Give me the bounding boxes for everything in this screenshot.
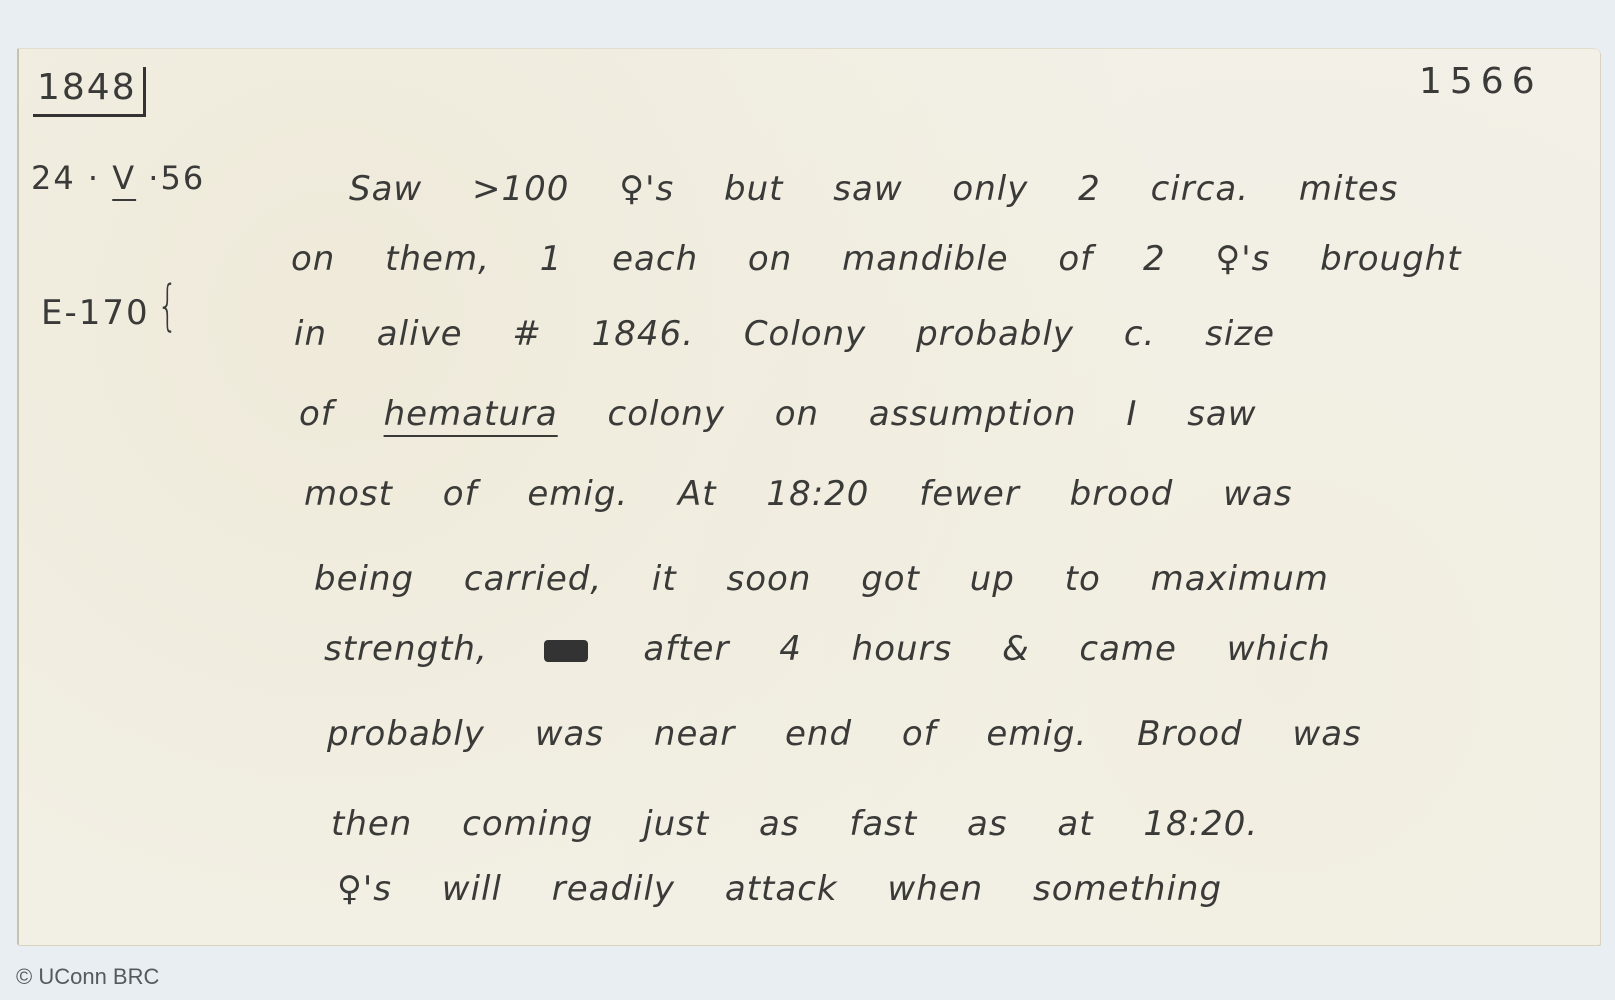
date-day: 24 — [31, 159, 76, 197]
note-line-7-post: after 4 hours & came which — [643, 629, 1330, 669]
box-number-text: 1848 — [33, 67, 146, 117]
note-line-6: being carried, it soon got up to maximum — [314, 559, 1329, 599]
note-line-4-post: colony on assumption I saw — [608, 394, 1257, 434]
index-card: 1848 1566 24 · V ·56 E-170{ Saw >100 ♀'s… — [17, 48, 1600, 945]
note-line-3: in alive # 1846. Colony probably c. size — [294, 314, 1275, 354]
note-line-9: then coming just as fast as at 18:20. — [331, 804, 1258, 844]
catalog-number: 1566 — [1419, 61, 1543, 102]
date-month: V — [112, 159, 136, 197]
crossed-out-mark — [544, 640, 588, 662]
species-name: hematura — [384, 394, 558, 434]
date-year: 56 — [160, 159, 205, 197]
note-line-7: strength, after 4 hours & came which — [324, 629, 1331, 669]
note-line-2: on them, 1 each on mandible of 2 ♀'s bro… — [291, 239, 1462, 279]
note-line-4: of hematura colony on assumption I saw — [299, 394, 1257, 434]
note-line-10: ♀'s will readily attack when something — [337, 869, 1222, 909]
brace-icon: { — [157, 274, 179, 337]
note-line-7-pre: strength, — [324, 629, 488, 669]
copyright-notice: © UConn BRC — [16, 964, 159, 990]
specimen-ref-text: E-170 — [41, 293, 150, 333]
specimen-ref: E-170{ — [41, 274, 186, 337]
note-line-4-pre: of — [299, 394, 334, 434]
collection-date: 24 · V ·56 — [31, 159, 205, 197]
note-line-5: most of emig. At 18:20 fewer brood was — [304, 474, 1293, 514]
note-line-1: Saw >100 ♀'s but saw only 2 circa. mites — [349, 169, 1398, 209]
box-number: 1848 — [33, 67, 146, 108]
note-line-8: probably was near end of emig. Brood was — [327, 714, 1362, 754]
